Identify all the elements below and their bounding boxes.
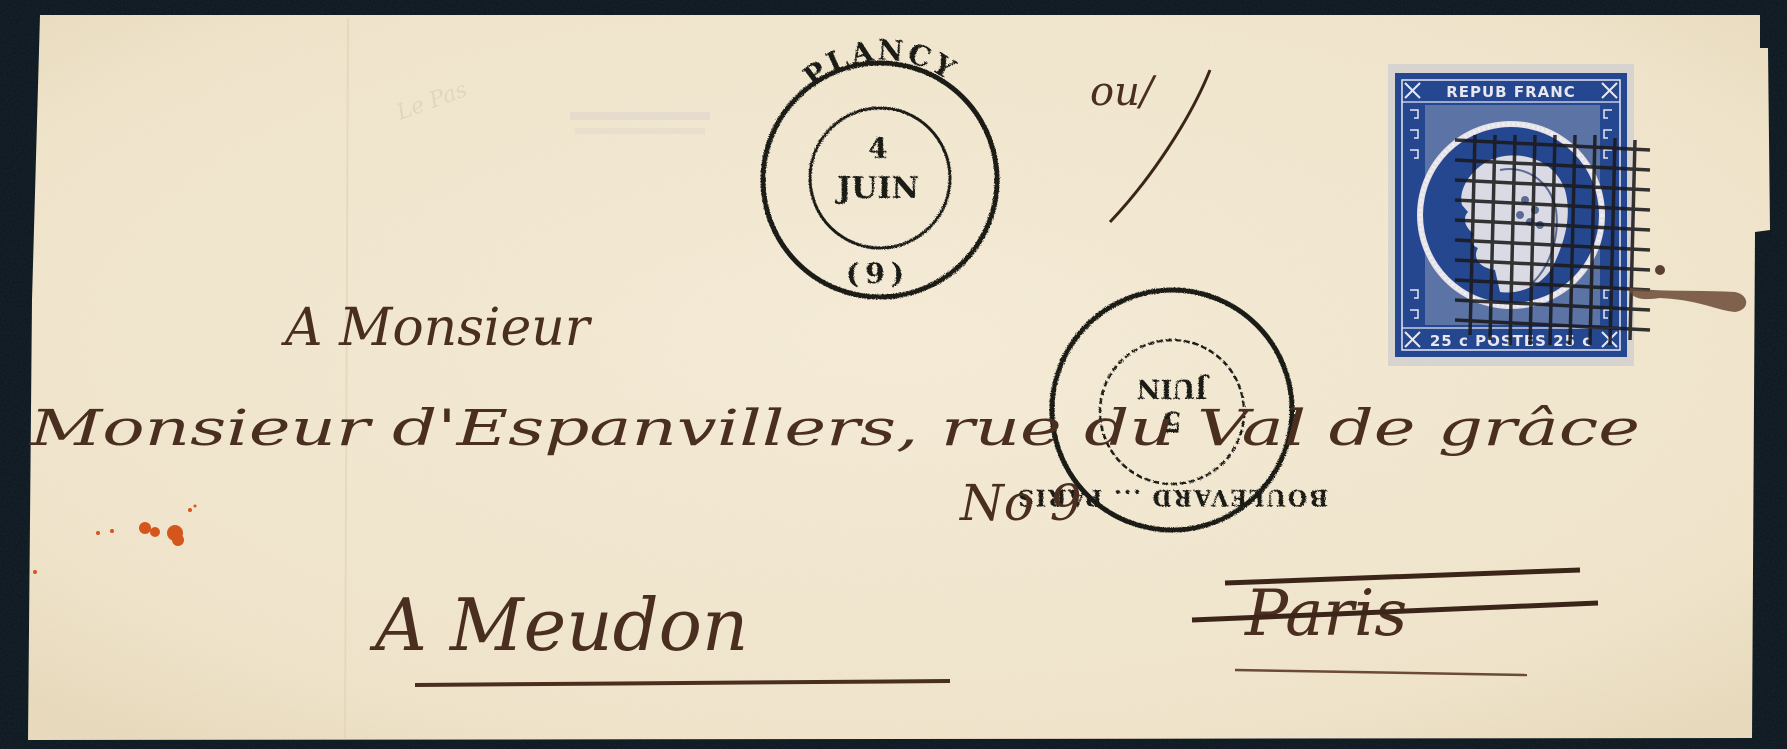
postmark-department: (9): [846, 257, 910, 290]
postmark-month: JUIN: [834, 171, 919, 206]
note-top: ou/: [1090, 69, 1157, 115]
house-number: No 9: [959, 474, 1082, 532]
postal-cover: Le Pas REPUB FRANC 25 c POSTES 25 c: [0, 0, 1787, 749]
stamp-top-label: REPUB FRANC: [1446, 83, 1576, 101]
salutation: A Monsieur: [281, 298, 593, 358]
destination-meudon: A Meudon: [369, 583, 748, 667]
postmark-day: 4: [868, 132, 887, 165]
addressee-line: Monsieur d'Espanvillers, rue du Val de g…: [29, 399, 1640, 457]
cover-illustration: Le Pas REPUB FRANC 25 c POSTES 25 c: [0, 0, 1787, 749]
